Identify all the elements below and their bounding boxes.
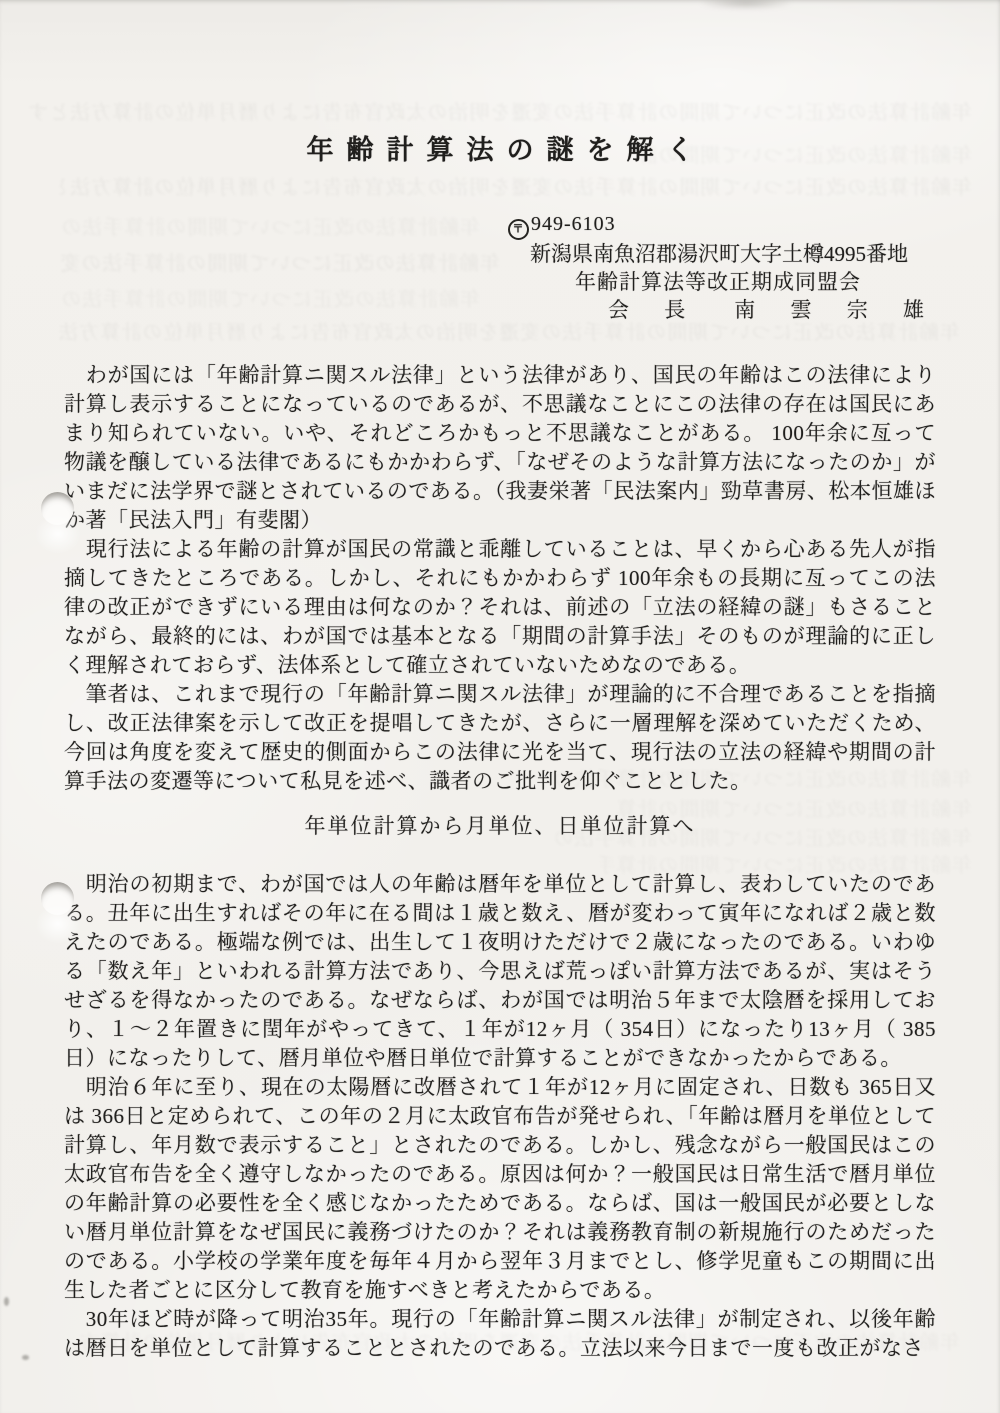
body-paragraph-3: 筆者は、これまで現行の「年齢計算ニ関スル法律」が理論的に不合理であることを指摘し… xyxy=(64,680,936,796)
bleedthrough-text: 年齢計算法の改正について期間の計算手法の変遷を明治の太政官布告により暦月単位の計… xyxy=(60,171,972,197)
postal-mark-icon: 〒 xyxy=(508,219,529,240)
chairman-line: 会 長南 雲 宗 雄 xyxy=(0,296,1000,324)
chairman-name: 南 雲 宗 雄 xyxy=(734,298,939,322)
body-paragraph-4: 明治の初期まで、わが国では人の年齢は暦年を単位として計算し、表わしていたのである… xyxy=(64,870,936,1073)
section-heading: 年単位計算から月単位、日単位計算へ xyxy=(64,812,936,841)
body-paragraph-1: わが国には「年齢計算ニ関スル法律」という法律があり、国民の年齢はこの法律により計… xyxy=(64,361,936,535)
sender-block: 〒949-6103 新潟県南魚沼郡湯沢町大字土樽4995番地 年齢計算法等改正期… xyxy=(0,212,1000,324)
document-title: 年齢計算法の謎を解く xyxy=(0,128,1000,167)
bleedthrough-text: 年齢計算法の改正について期間の計算手法の変遷を明治の太政官布告により暦月単位の計… xyxy=(28,96,972,122)
postal-code-line: 〒949-6103 xyxy=(0,212,1000,240)
postal-code: 949-6103 xyxy=(531,213,616,235)
paper-speck xyxy=(22,1355,29,1360)
scan-smudge xyxy=(698,0,794,10)
paper-speck xyxy=(4,1297,9,1306)
organization-line: 年齢計算法等改正期成同盟会 xyxy=(0,268,1000,296)
body-paragraph-2: 現行法による年齢の計算が国民の常識と乖離していることは、早くから心ある先人が指摘… xyxy=(64,535,936,680)
chairman-title: 会 長 xyxy=(608,298,700,322)
punch-hole-bottom xyxy=(41,882,74,915)
document-body: わが国には「年齢計算ニ関スル法律」という法律があり、国民の年齢はこの法律により計… xyxy=(0,361,1000,1363)
address-line: 新潟県南魚沼郡湯沢町大字土樽4995番地 xyxy=(0,240,1000,268)
scanned-document-page: 年齢計算法の改正について期間の計算手法の変遷を明治の太政官布告により暦月単位の計… xyxy=(0,0,1000,1413)
body-paragraph-6: 30年ほど時が降って明治35年。現行の「年齢計算ニ関スル法律」が制定され、以後年… xyxy=(64,1305,936,1363)
body-paragraph-5: 明治６年に至り、現在の太陽暦に改暦されて１年が12ヶ月に固定され、日数も 365… xyxy=(64,1073,936,1305)
punch-hole-top xyxy=(41,492,74,525)
